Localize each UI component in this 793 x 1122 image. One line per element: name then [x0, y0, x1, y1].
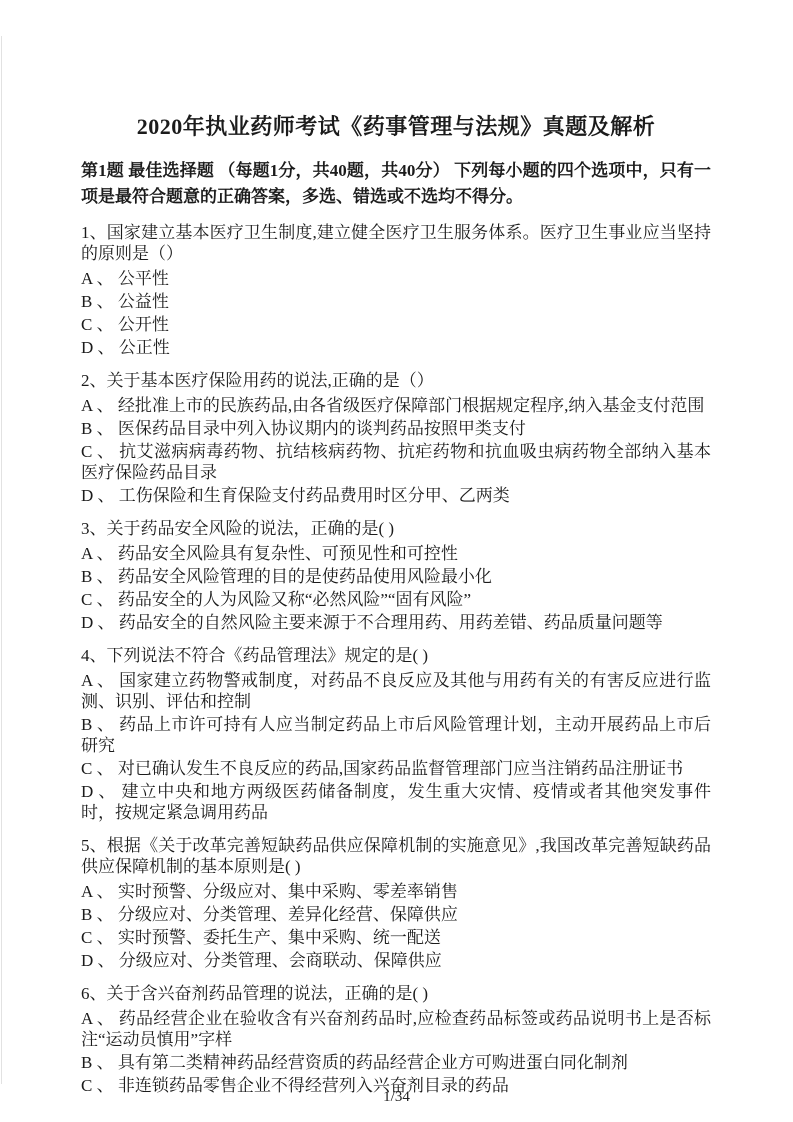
- question-1-stem: 1、国家建立基本医疗卫生制度,建立健全医疗卫生服务体系。医疗卫生事业应当坚持的原…: [81, 222, 711, 264]
- section-instructions: 第1题 最佳选择题 （每题1分，共40题，共40分） 下列每小题的四个选项中，只…: [81, 158, 711, 210]
- question-6-option-a: A 、 药品经营企业在验收含有兴奋剂药品时,应检查药品标签或药品说明书上是否标注…: [81, 1008, 711, 1050]
- document-page: 2020年执业药师考试《药事管理与法规》真题及解析 第1题 最佳选择题 （每题1…: [0, 112, 793, 1096]
- question-4-stem: 4、下列说法不符合《药品管理法》规定的是( ): [81, 645, 711, 666]
- question-5: 5、根据《关于改革完善短缺药品供应保障机制的实施意见》,我国改革完善短缺药品供应…: [81, 835, 711, 971]
- question-4-option-d: D 、 建立中央和地方两级医药储备制度，发生重大灾情、疫情或者其他突发事件时，按…: [81, 781, 711, 823]
- page-number: 1/34: [0, 1089, 793, 1106]
- question-2-stem: 2、关于基本医疗保险用药的说法,正确的是（）: [81, 370, 711, 391]
- page-title: 2020年执业药师考试《药事管理与法规》真题及解析: [81, 112, 711, 142]
- question-5-option-c: C 、 实时预警、委托生产、集中采购、统一配送: [81, 927, 711, 948]
- question-3-option-b: B 、 药品安全风险管理的目的是使药品使用风险最小化: [81, 566, 711, 587]
- question-4-option-a: A 、 国家建立药物警戒制度，对药品不良反应及其他与用药有关的有害反应进行监测、…: [81, 670, 711, 712]
- question-5-option-b: B 、 分级应对、分类管理、差异化经营、保障供应: [81, 904, 711, 925]
- question-1: 1、国家建立基本医疗卫生制度,建立健全医疗卫生服务体系。医疗卫生事业应当坚持的原…: [81, 222, 711, 358]
- question-6: 6、关于含兴奋剂药品管理的说法，正确的是( ) A 、 药品经营企业在验收含有兴…: [81, 983, 711, 1096]
- page-left-edge: [1, 36, 2, 1084]
- question-3-option-c: C 、 药品安全的人为风险又称“必然风险”“固有风险”: [81, 589, 711, 610]
- question-3-stem: 3、关于药品安全风险的说法，正确的是( ): [81, 518, 711, 539]
- question-4-option-b: B 、 药品上市许可持有人应当制定药品上市后风险管理计划，主动开展药品上市后研究: [81, 714, 711, 756]
- question-3-option-a: A 、 药品安全风险具有复杂性、可预见性和可控性: [81, 543, 711, 564]
- question-1-option-a: A 、 公平性: [81, 268, 711, 289]
- question-4: 4、下列说法不符合《药品管理法》规定的是( ) A 、 国家建立药物警戒制度，对…: [81, 645, 711, 823]
- question-4-option-c: C 、 对已确认发生不良反应的药品,国家药品监督管理部门应当注销药品注册证书: [81, 758, 711, 779]
- question-2-option-d: D 、 工伤保险和生育保险支付药品费用时区分甲、乙两类: [81, 485, 711, 506]
- question-5-option-d: D 、 分级应对、分类管理、会商联动、保障供应: [81, 950, 711, 971]
- question-2: 2、关于基本医疗保险用药的说法,正确的是（） A 、 经批准上市的民族药品,由各…: [81, 370, 711, 506]
- question-2-option-a: A 、 经批准上市的民族药品,由各省级医疗保障部门根据规定程序,纳入基金支付范围: [81, 395, 711, 416]
- question-1-option-c: C 、 公开性: [81, 314, 711, 335]
- question-1-option-b: B 、 公益性: [81, 291, 711, 312]
- question-6-stem: 6、关于含兴奋剂药品管理的说法，正确的是( ): [81, 983, 711, 1004]
- question-5-option-a: A 、 实时预警、分级应对、集中采购、零差率销售: [81, 881, 711, 902]
- question-2-option-c: C 、 抗艾滋病病毒药物、抗结核病药物、抗疟药物和抗血吸虫病药物全部纳入基本医疗…: [81, 441, 711, 483]
- question-5-stem: 5、根据《关于改革完善短缺药品供应保障机制的实施意见》,我国改革完善短缺药品供应…: [81, 835, 711, 877]
- question-3-option-d: D 、 药品安全的自然风险主要来源于不合理用药、用药差错、药品质量问题等: [81, 612, 711, 633]
- question-2-option-b: B 、 医保药品目录中列入协议期内的谈判药品按照甲类支付: [81, 418, 711, 439]
- question-6-option-b: B 、 具有第二类精神药品经营资质的药品经营企业方可购进蛋白同化制剂: [81, 1052, 711, 1073]
- question-3: 3、关于药品安全风险的说法，正确的是( ) A 、 药品安全风险具有复杂性、可预…: [81, 518, 711, 633]
- question-1-option-d: D 、 公正性: [81, 337, 711, 358]
